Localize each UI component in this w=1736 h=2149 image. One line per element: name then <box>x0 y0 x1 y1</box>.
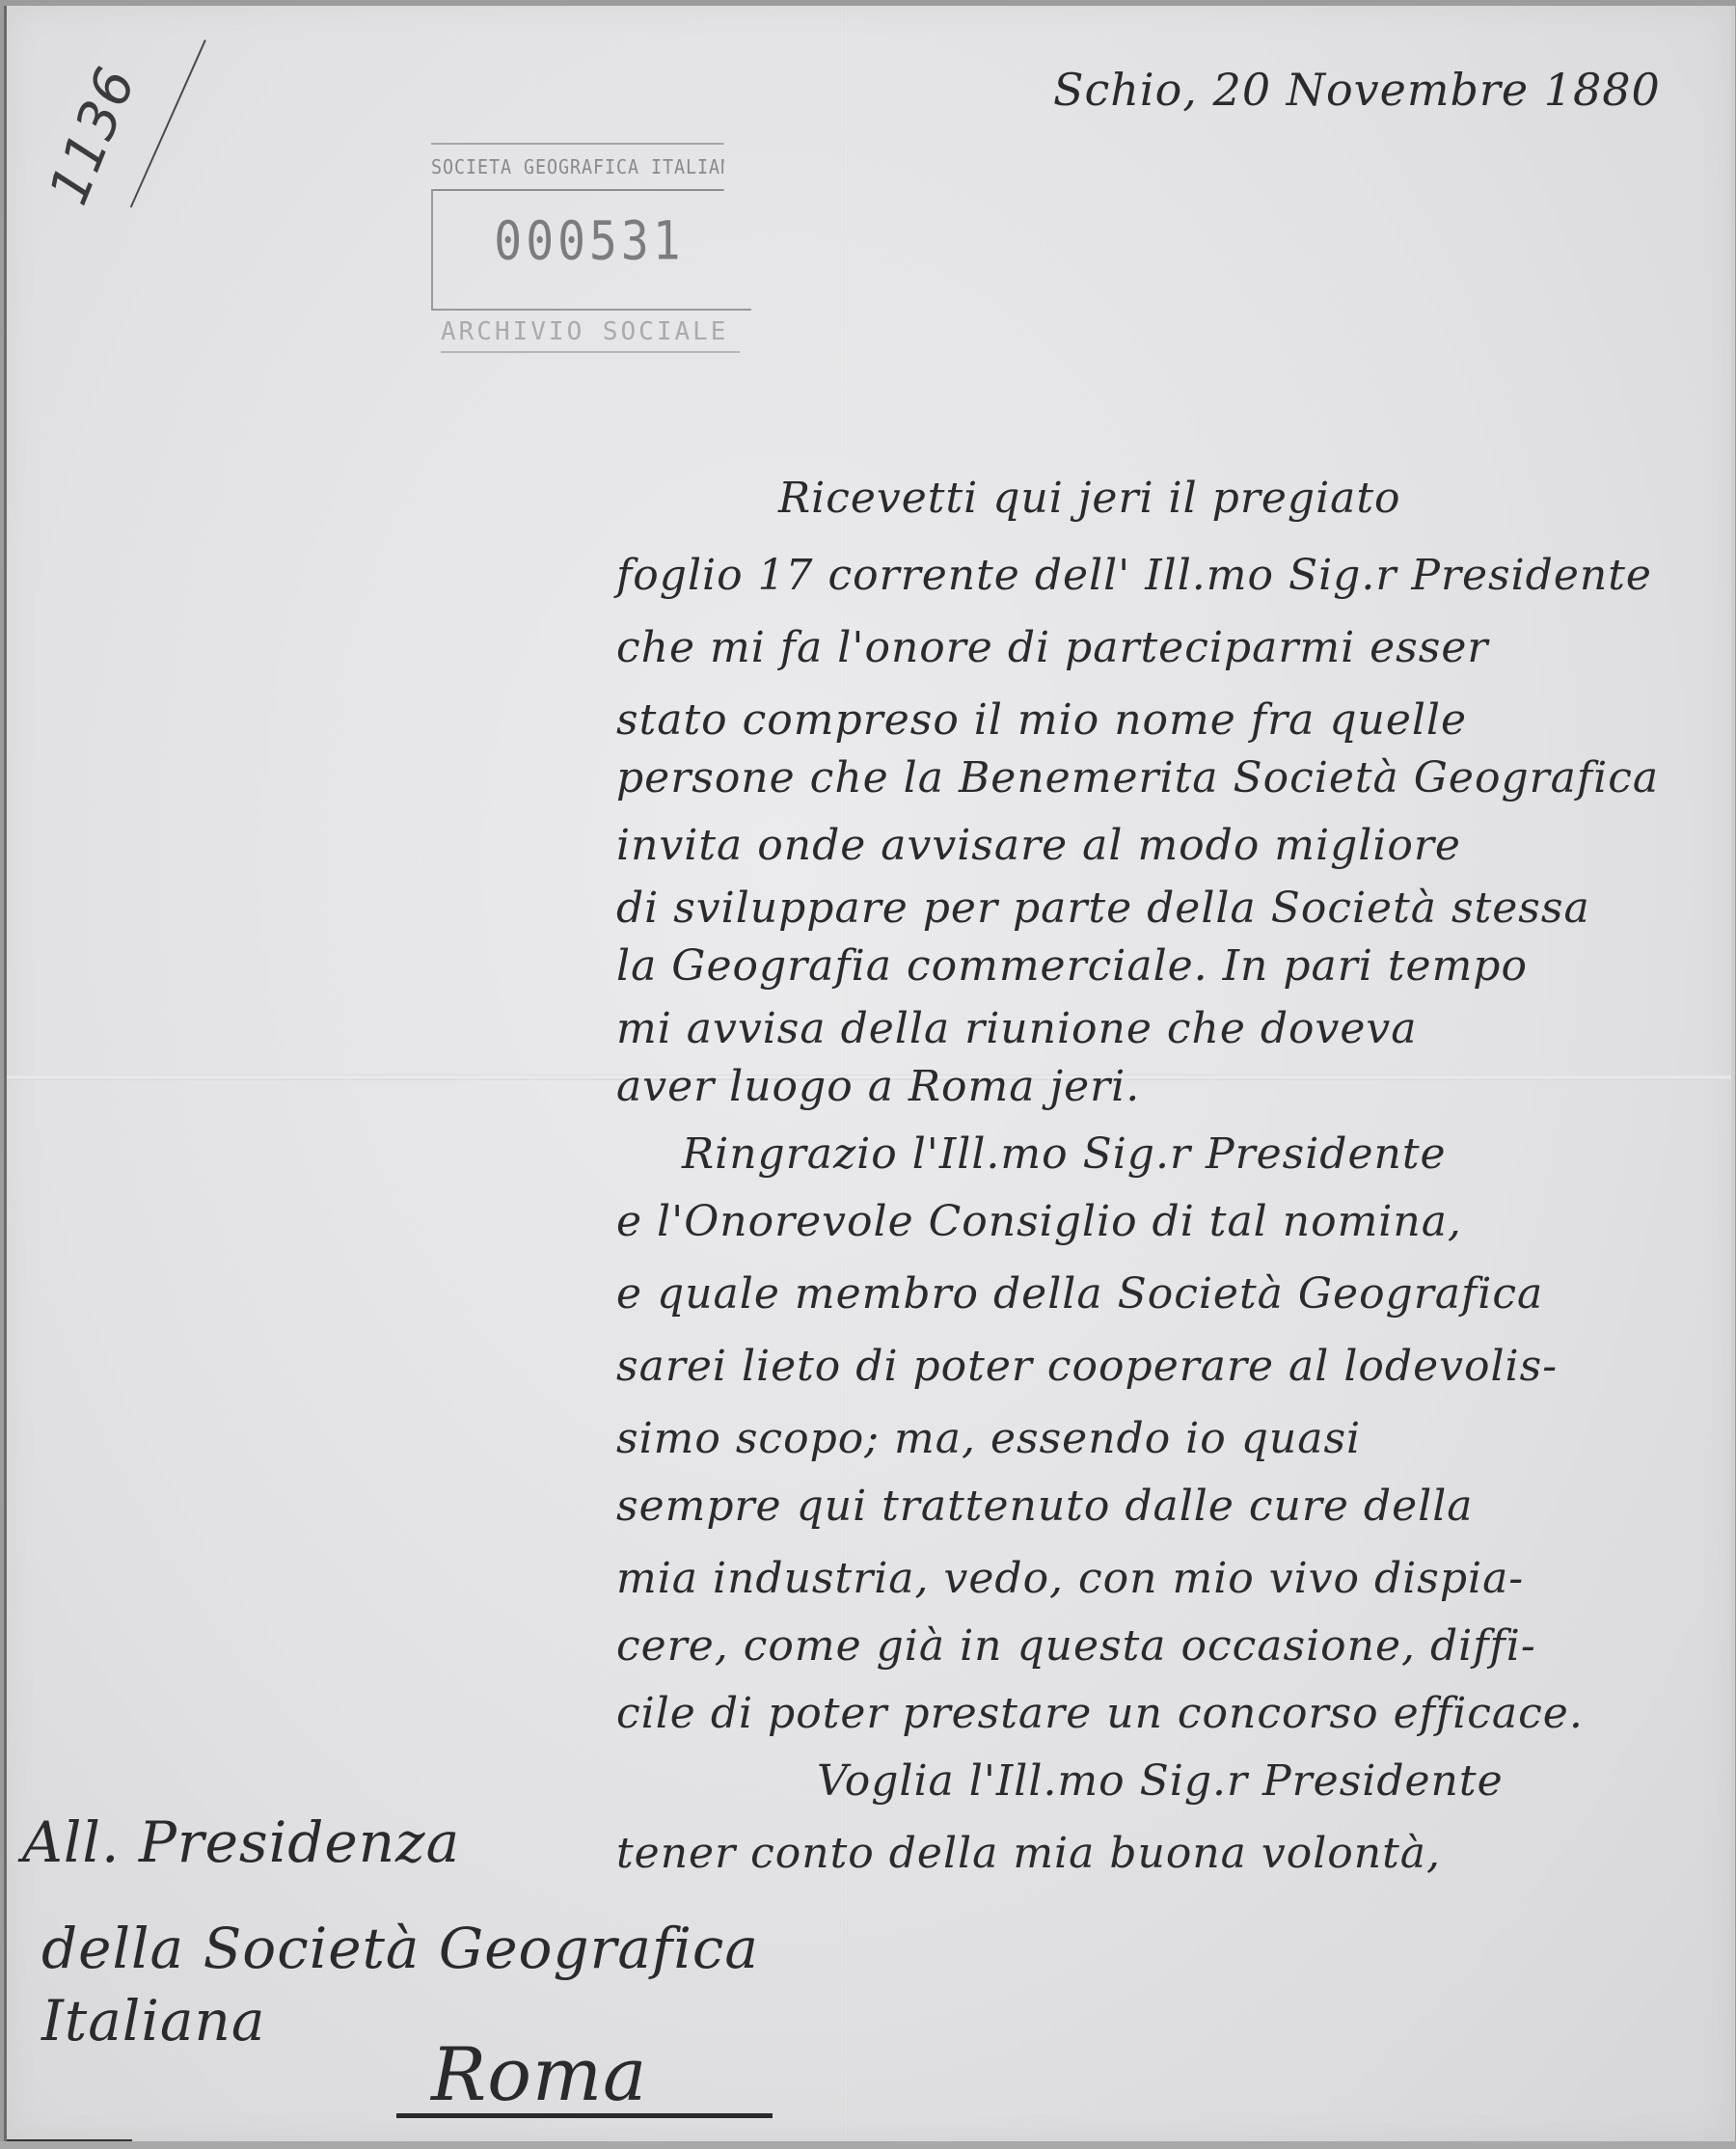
body-line: persone che la Benemerita Società Geogra… <box>616 753 1659 802</box>
city-underline <box>396 2113 773 2118</box>
folio-number: 1136 <box>38 59 149 213</box>
body-line: che mi fa l'onore di parteciparmi esser <box>616 623 1488 672</box>
body-line: di sviluppare per parte della Società st… <box>616 884 1590 933</box>
stamp-number: 000531 <box>427 210 751 272</box>
body-line: sarei lieto di poter cooperare al lodevo… <box>616 1342 1558 1391</box>
archive-stamp: SOCIETA GEOGRAFICA ITALIANA 000531 ARCHI… <box>427 141 755 359</box>
scan-edge <box>0 2141 1736 2149</box>
body-line: tener conto della mia buona volontà, <box>616 1829 1441 1878</box>
body-line: cile di poter prestare un concorso effic… <box>616 1689 1584 1738</box>
body-line: invita onde avvisare al modo migliore <box>616 821 1461 870</box>
address-city: Roma <box>431 2031 647 2117</box>
body-line: simo scopo; ma, essendo io quasi <box>616 1414 1361 1463</box>
folio-slash-mark <box>130 40 206 207</box>
body-line: aver luogo a Roma jeri. <box>616 1062 1140 1111</box>
dateline: Schio, 20 Novembre 1880 <box>1053 64 1661 116</box>
body-line: mi avvisa della riunione che doveva <box>616 1004 1418 1053</box>
body-line: e quale membro della Società Geografica <box>616 1269 1543 1319</box>
body-line: sempre qui trattenuto dalle cure della <box>616 1482 1474 1531</box>
body-line: foglio 17 corrente dell' Ill.mo Sig.r Pr… <box>616 551 1652 600</box>
body-line: mia industria, vedo, con mio vivo dispia… <box>616 1554 1524 1603</box>
stamp-archive-label: ARCHIVIO SOCIALE <box>441 313 740 353</box>
stamp-society-name: SOCIETA GEOGRAFICA ITALIANA <box>431 143 724 191</box>
letter-page: 1136 SOCIETA GEOGRAFICA ITALIANA 000531 … <box>4 6 1735 2141</box>
body-line: Ricevetti qui jeri il pregiato <box>778 474 1401 523</box>
body-line: cere, come già in questa occasione, diff… <box>616 1621 1536 1671</box>
body-line: e l'Onorevole Consiglio di tal nomina, <box>616 1197 1462 1246</box>
address-line-italiana: Italiana <box>41 1988 265 2054</box>
body-line: stato compreso il mio nome fra quelle <box>616 695 1467 745</box>
body-line: la Geografia commerciale. In pari tempo <box>616 941 1528 991</box>
address-line-presidenza: All. Presidenza <box>22 1809 460 1875</box>
body-line: Ringrazio l'Ill.mo Sig.r Presidente <box>682 1129 1447 1179</box>
address-line-societa: della Società Geografica <box>41 1916 759 1981</box>
body-line: Voglia l'Ill.mo Sig.r Presidente <box>817 1756 1504 1806</box>
